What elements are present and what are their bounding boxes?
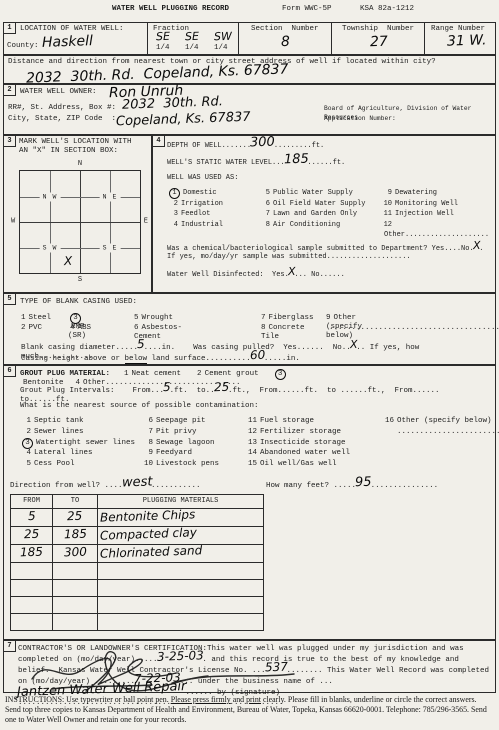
section-5-number: 5 [4, 294, 16, 305]
casing-height-line: Casing height above or below land surfac… [21, 353, 300, 364]
option-label: Other (specify below) [397, 417, 492, 425]
to-cell: 300 [53, 545, 98, 563]
option-number: 11 [381, 209, 392, 220]
owner-title: WATER WELL OWNER: [20, 88, 97, 97]
contamination-option: ....................... [383, 427, 499, 438]
option-number: 8 [259, 220, 270, 231]
compass-east-label: E [144, 218, 148, 227]
grout-option: 1Neat cement [124, 370, 181, 378]
option-number: 10 [142, 459, 153, 470]
option-label: Sewer lines [34, 428, 84, 436]
from-cell: 5 [11, 509, 53, 527]
direction-value: west [121, 478, 152, 486]
quarter-label-se: S E [100, 243, 121, 252]
section-5-casing: 5 TYPE OF BLANK CASING USED: 1Steel 3RMP… [3, 293, 496, 365]
material-cell: Bentonite Chips [98, 509, 264, 527]
option-number: 12 [246, 427, 257, 438]
grid-line [20, 222, 140, 223]
contamination-option: 16Other (specify below) [383, 416, 499, 427]
instructions-underlined: print [246, 695, 261, 704]
option-number: 9 [381, 188, 392, 199]
well-location-x-mark: X [64, 256, 73, 266]
used-as-col1: 1Domestic 2Irrigation 3Feedlot 4Industri… [167, 188, 259, 241]
static-level-label: WELL'S STATIC WATER LEVEL... [167, 159, 285, 167]
grout-option: 2Cement grout [197, 370, 259, 378]
section-2-owner: 2 WATER WELL OWNER: Ron Unruh RR#, St. A… [3, 84, 496, 135]
from-cell [11, 597, 53, 614]
county-value: Haskell [42, 35, 93, 49]
option-label: ABS [78, 324, 92, 332]
range-number-cell: Range Number 31 W. [424, 23, 498, 54]
application-number-label: Application Number: [324, 114, 396, 123]
contamination-option: 13Insecticide storage [246, 438, 383, 449]
contamination-option: 15Oil well/Gas well [246, 459, 383, 470]
casing-other-dots: ........................................ [329, 324, 499, 333]
instructions-text: and [231, 695, 246, 704]
section-4-number: 4 [153, 136, 165, 147]
used-option: 9Dewatering [381, 188, 497, 199]
contamination-list: 1Septic tank 2Sewer lines 3Watertight se… [20, 416, 499, 470]
material-cell [98, 614, 264, 631]
used-option: 5Public Water Supply [259, 188, 381, 199]
direction-from-well-line: Direction from well? ....west........... [10, 480, 201, 491]
from-value: 5 [27, 511, 35, 521]
casing-title: TYPE OF BLANK CASING USED: [20, 298, 137, 307]
disinfected-line: Water Well Disinfected: Yes.X... No.....… [167, 269, 345, 280]
option-number: 2 [197, 370, 202, 378]
table-row: 185 300 Chlorinated sand [11, 545, 264, 563]
option-label: Cement grout [205, 370, 259, 378]
option-number: 9 [142, 448, 153, 459]
option-label: Monitoring Well [395, 200, 458, 208]
contamination-option: 14Abandoned water well [246, 448, 383, 459]
option-label: Septic tank [34, 417, 84, 425]
section-2-number: 2 [4, 85, 16, 96]
option-number: 13 [246, 438, 257, 449]
casing-option: 1Steel [21, 314, 51, 323]
to-cell [53, 563, 98, 580]
option-number: 6 [259, 199, 270, 210]
township-number-label: Township Number [342, 25, 414, 34]
section-1-number: 1 [4, 23, 16, 34]
option-number: 11 [246, 416, 257, 427]
static-level-label-tail: ......ft. [307, 159, 345, 167]
casing-option: 4ABS [70, 324, 91, 333]
casing-height-label: Casing height above or [21, 355, 125, 363]
contamination-option: 1Septic tank [20, 416, 142, 427]
from-cell: 25 [11, 527, 53, 545]
contamination-option: 5Cess Pool [20, 459, 142, 470]
depth-of-well-line: DEPTH OF WELL.......300.........ft. [167, 140, 324, 151]
map-title-line1: MARK WELL'S LOCATION WITH [19, 138, 132, 147]
sample-question-label: Was a chemical/bacteriological sample su… [167, 245, 474, 253]
table-row-empty [11, 563, 264, 580]
diameter-value: 5 [137, 341, 145, 348]
map-title-line2: AN "X" IN SECTION BOX: [19, 147, 118, 156]
section-3-map: 3 MARK WELL'S LOCATION WITH AN "X" IN SE… [3, 135, 152, 293]
owner-address-label: RR#, St. Address, Box #: [8, 104, 116, 113]
owner-address-value: 2032 30th. Rd. [122, 96, 223, 111]
contractor-license-value: 537 [264, 664, 287, 672]
feet-value: 95 [355, 479, 372, 487]
water-well-plugging-record-form: WATER WELL PLUGGING RECORD Form WWC-5P K… [0, 0, 499, 730]
option-number: 7 [261, 314, 266, 322]
intervals-label-mid: .ft. to.. [170, 387, 215, 395]
contamination-col1: 1Septic tank 2Sewer lines 3Watertight se… [20, 416, 142, 470]
contamination-option: 11Fuel storage [246, 416, 383, 427]
option-label: Air Conditioning [273, 221, 340, 229]
option-label: Oil Field Water Supply [273, 200, 365, 208]
grid-line [20, 197, 140, 198]
grout-title: GROUT PLUG MATERIAL: [20, 370, 110, 378]
casing-option: 2PVC [21, 324, 42, 333]
casing-option: 8Concrete Tile [261, 324, 305, 342]
used-option: 12Other.................... [381, 220, 497, 241]
used-option: 10Monitoring Well [381, 199, 497, 210]
material-cell [98, 597, 264, 614]
to-value: 25 [67, 511, 83, 522]
option-number: 5 [134, 314, 139, 322]
section-number-value: 8 [281, 36, 290, 48]
material-value: Compacted clay [100, 527, 197, 540]
interval-to-value: 25 [214, 384, 230, 392]
option-label: ........................................ [329, 324, 499, 332]
quarter-label-ne: N E [100, 192, 121, 201]
date-plugged-value: 3-25-03 [156, 652, 203, 661]
table-row-empty [11, 597, 264, 614]
to-header: TO [53, 495, 98, 509]
section-7-certification: 7 CONTRACTOR'S OR LANDOWNER'S CERTIFICAT… [3, 640, 496, 693]
section-6-grout: 6 GROUT PLUG MATERIAL:1Neat cement2Cemen… [3, 365, 496, 640]
section-1-location: 1 LOCATION OF WATER WELL: County: Haskel… [3, 22, 496, 55]
contamination-option: 12Fertilizer storage [246, 427, 383, 438]
option-label: Concrete Tile [261, 324, 309, 341]
casing-option: 5Wrought [134, 314, 173, 323]
section-3-number: 3 [4, 136, 16, 147]
table-row: 5 25 Bentonite Chips [11, 509, 264, 527]
to-cell: 185 [53, 527, 98, 545]
fraction-3-quarter: 1/4 [214, 44, 228, 53]
from-cell [11, 563, 53, 580]
option-number: 3 [167, 209, 178, 220]
option-label: Steel [29, 314, 52, 322]
disinfected-label-tail: ... No...... [294, 271, 344, 279]
used-as-list: 1Domestic 2Irrigation 3Feedlot 4Industri… [167, 188, 497, 241]
used-option: 8Air Conditioning [259, 220, 381, 231]
township-number-value: 27 [370, 36, 388, 49]
option-number: 16 [383, 416, 394, 427]
casing-height-label-tail: .....in. [264, 355, 300, 363]
disinfected-yes-x-mark: X [288, 268, 296, 275]
instructions-underlined: Please press firmly [171, 695, 231, 704]
plugging-materials-table: FROM TO PLUGGING MATERIALS 5 25 Bentonit… [10, 494, 264, 631]
contamination-option: 2Sewer lines [20, 427, 142, 438]
contamination-option: 7Pit privy [142, 427, 246, 438]
option-number: 15 [246, 459, 257, 470]
option-label: Lateral lines [34, 449, 93, 457]
option-label: Industrial [181, 221, 223, 229]
feet-label-tail: ............... [371, 482, 439, 490]
quarter-label-sw: S W [40, 243, 61, 252]
option-label: Watertight sewer lines [36, 439, 135, 447]
feet-label: How many feet? ..... [266, 482, 356, 490]
option-label: Feedlot [181, 210, 210, 218]
grid-line [20, 248, 140, 249]
contamination-col3: 11Fuel storage 12Fertilizer storage 13In… [246, 416, 383, 470]
static-level-line: WELL'S STATIC WATER LEVEL...185......ft. [167, 157, 345, 168]
table-row-empty [11, 580, 264, 597]
option-label: Neat cement [132, 370, 182, 378]
material-cell [98, 580, 264, 597]
to-value: 185 [63, 529, 86, 540]
used-option: 2Irrigation [167, 199, 259, 210]
option-label: Wrought [142, 314, 174, 322]
quarter-label-nw: N W [40, 192, 61, 201]
used-as-col3: 9Dewatering 10Monitoring Well 11Injectio… [381, 188, 497, 241]
table-row-empty [11, 614, 264, 631]
section-number-label: Section Number [251, 25, 319, 34]
depth-value: 300 [250, 139, 275, 147]
owner-city-label: City, State, ZIP Code : [8, 115, 116, 124]
option-number: 1 [124, 370, 129, 378]
option-number: 4 [167, 220, 178, 231]
location-title: LOCATION OF WATER WELL: [20, 25, 124, 34]
used-option: 3Feedlot [167, 209, 259, 220]
how-many-feet-line: How many feet? .....95............... [266, 480, 438, 491]
option-number: 6 [134, 324, 139, 332]
option-label: Fiberglass [269, 314, 314, 322]
from-cell [11, 614, 53, 631]
used-option: 11Injection Well [381, 209, 497, 220]
township-number-cell: Township Number 27 [331, 23, 425, 54]
depth-label-tail: .........ft. [274, 142, 324, 150]
option-number: 1 [21, 314, 26, 322]
option-number: 2 [20, 427, 31, 438]
option-label: Fertilizer storage [260, 428, 341, 436]
fraction-2-value: SE [185, 32, 199, 41]
interval-from-value: 5 [163, 384, 171, 391]
option-label: Public Water Supply [273, 189, 353, 197]
option-number: 12 [381, 220, 392, 231]
option-number-circled: 3 [275, 369, 286, 380]
contamination-option: 4Lateral lines [20, 448, 142, 459]
form-number: Form WWC-5P [282, 5, 332, 14]
option-label: Domestic [183, 189, 217, 197]
option-number: 1 [20, 416, 31, 427]
instructions-text: INSTRUCTIONS: Use typewriter or ball poi… [5, 695, 171, 704]
location-county-cell: 1 LOCATION OF WATER WELL: County: Haskel… [4, 23, 147, 54]
material-cell: Compacted clay [98, 527, 264, 545]
material-value: Chlorinated sand [100, 545, 203, 559]
table-header-row: FROM TO PLUGGING MATERIALS [11, 495, 264, 509]
statute-number: KSA 82a-1212 [360, 5, 414, 14]
compass-south-label: S [78, 276, 82, 285]
used-option: 7Lawn and Garden Only [259, 209, 381, 220]
option-number: 10 [381, 199, 392, 210]
form-title: WATER WELL PLUGGING RECORD [112, 5, 229, 14]
intervals-label: Grout Plug Intervals: From... [20, 387, 164, 395]
option-number: 9 [326, 314, 331, 322]
option-label: Livestock pens [156, 460, 219, 468]
section-6-number: 6 [4, 366, 16, 377]
distance-direction-row: Distance and direction from nearest town… [3, 55, 496, 84]
option-number: 6 [142, 416, 153, 427]
option-number: 2 [167, 199, 178, 210]
sample-date-line: If yes, mo/day/yr sample was submitted..… [167, 253, 411, 262]
contamination-option: 6Seepage pit [142, 416, 246, 427]
static-level-value: 185 [284, 156, 309, 164]
option-label: Other.................... [384, 231, 489, 239]
depth-label: DEPTH OF WELL....... [167, 142, 251, 150]
material-cell [98, 563, 264, 580]
used-option: 6Oil Field Water Supply [259, 199, 381, 210]
option-label: Injection Well [395, 210, 454, 218]
option-label: ....................... [397, 428, 499, 436]
section-number-cell: Section Number 8 [238, 23, 332, 54]
option-label: PVC [29, 324, 43, 332]
option-label: Fuel storage [260, 417, 314, 425]
material-cell: Chlorinated sand [98, 545, 264, 563]
contamination-col2: 6Seepage pit 7Pit privy 8Sewage lagoon 9… [142, 416, 246, 470]
casing-option: 7Fiberglass [261, 314, 314, 323]
fraction-2-quarter: 1/4 [185, 44, 199, 53]
option-number: 14 [246, 448, 257, 459]
section-map-grid: N W N E S W S E N S W E X [19, 170, 141, 274]
option-number: 4 [70, 324, 75, 332]
option-label: Irrigation [181, 200, 223, 208]
option-label: Abandoned water well [260, 449, 350, 457]
option-label: Lawn and Garden Only [273, 210, 357, 218]
from-cell [11, 580, 53, 597]
from-value: 185 [20, 547, 43, 558]
sample-no-x-mark: X [473, 242, 481, 249]
option-label: Sewage lagoon [156, 439, 215, 447]
contamination-option: 10Livestock pens [142, 459, 246, 470]
option-label: Insecticide storage [260, 439, 346, 447]
option-number-circled: 3 [22, 438, 33, 449]
option-label: Cess Pool [34, 460, 75, 468]
casing-pulled-no-x-mark: X [350, 341, 358, 348]
direction-label: Direction from well? .... [10, 482, 123, 490]
direction-label-tail: ........... [151, 482, 201, 490]
casing-height-value: 60 [249, 352, 265, 360]
option-label: Pit privy [156, 428, 197, 436]
certification-text: ... under the business name of ... [180, 678, 333, 686]
compass-north-label: N [78, 160, 82, 169]
below-underlined-word: below [125, 355, 148, 364]
option-label: Oil well/Gas well [260, 460, 337, 468]
option-number: 5 [259, 188, 270, 199]
contamination-option: 3Watertight sewer lines [20, 438, 142, 449]
section-4-well-details: 4 DEPTH OF WELL.......300.........ft. WE… [152, 135, 496, 293]
contamination-question-label: What is the nearest source of possible c… [20, 402, 259, 411]
option-number: 4 [20, 448, 31, 459]
fraction-1-value: SE [156, 32, 170, 41]
contamination-col4: 16Other (specify below) ................… [383, 416, 499, 470]
used-as-col2: 5Public Water Supply 6Oil Field Water Su… [259, 188, 381, 241]
to-value: 300 [63, 547, 86, 558]
fraction-cell: Fraction SE 1/4 SE 1/4 SW 1/4 [147, 23, 239, 54]
diameter-label: Blank casing diameter..... [21, 344, 138, 352]
from-header: FROM [11, 495, 53, 509]
fraction-3-value: SW [214, 32, 232, 42]
fraction-1-quarter: 1/4 [156, 44, 170, 53]
option-label: Dewatering [395, 189, 437, 197]
option-number: 8 [142, 438, 153, 449]
section-7-number: 7 [4, 641, 16, 652]
range-number-value: 31 W. [447, 34, 487, 47]
to-cell: 25 [53, 509, 98, 527]
compass-west-label: W [11, 218, 15, 227]
option-number: 7 [142, 427, 153, 438]
to-cell [53, 597, 98, 614]
from-value: 25 [24, 529, 40, 540]
disinfected-label: Water Well Disinfected: Yes. [167, 271, 289, 279]
table-row: 25 185 Compacted clay [11, 527, 264, 545]
option-number-circled: 1 [169, 188, 180, 199]
to-cell [53, 580, 98, 597]
option-label: Feedyard [156, 449, 192, 457]
from-cell: 185 [11, 545, 53, 563]
option-number: 7 [259, 209, 270, 220]
option-label: Seepage pit [156, 417, 206, 425]
to-cell [53, 614, 98, 631]
sample-date-label: If yes, mo/day/yr sample was submitted..… [167, 253, 411, 261]
contamination-option: 9Feedyard [142, 448, 246, 459]
instructions-block: INSTRUCTIONS: Use typewriter or ball poi… [5, 695, 494, 725]
option-number: 5 [20, 459, 31, 470]
casing-height-label-mid: land surface.......... [147, 355, 251, 363]
contamination-option: 8Sewage lagoon [142, 438, 246, 449]
material-value: Bentonite Chips [100, 509, 196, 522]
owner-city-value: Copeland, Ks. 67837 [116, 112, 251, 128]
used-as-label: WELL WAS USED AS: [167, 174, 238, 183]
option-number: 8 [261, 324, 266, 332]
used-option: 1Domestic [167, 188, 259, 199]
county-label: County: [7, 42, 39, 51]
diameter-label-tail: ....in. [144, 344, 176, 352]
option-number: 2 [21, 324, 26, 332]
used-option: 4Industrial [167, 220, 259, 231]
materials-header: PLUGGING MATERIALS [98, 495, 264, 509]
